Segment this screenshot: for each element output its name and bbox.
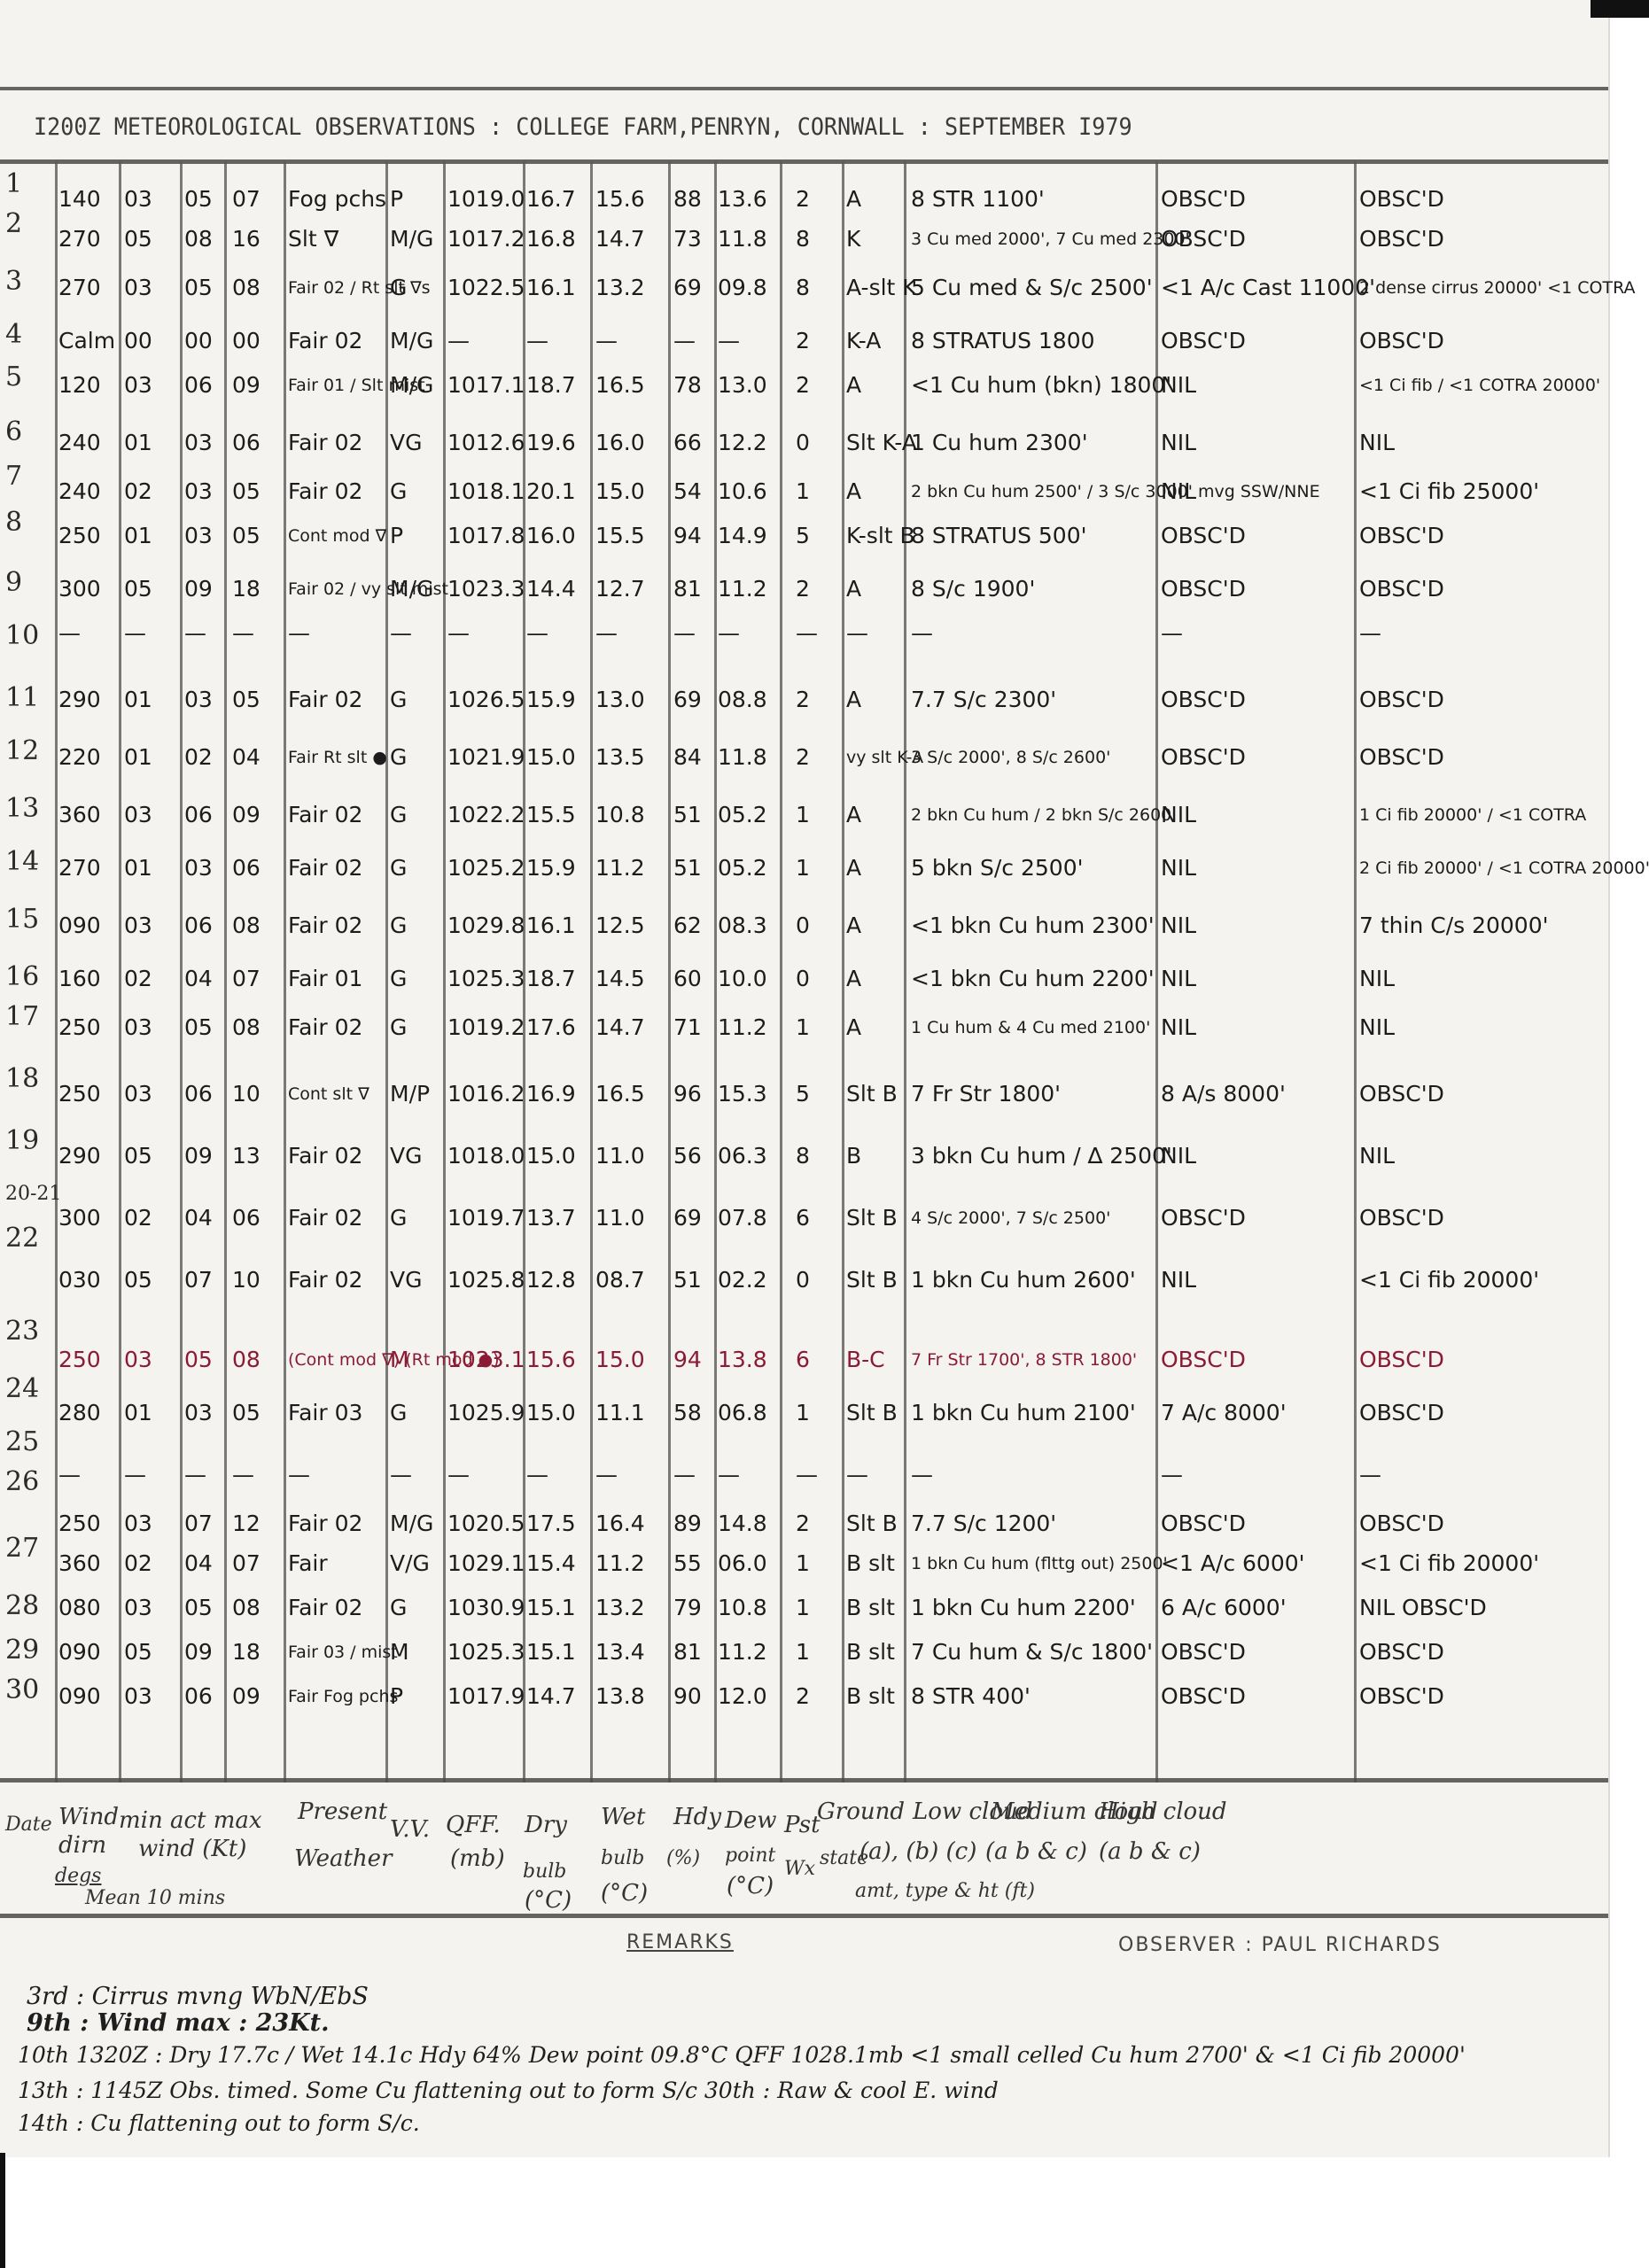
wind-act-cell: — xyxy=(184,1457,206,1493)
visibility-cell: G xyxy=(390,850,407,886)
dry-bulb-cell: 15.0 xyxy=(526,1395,576,1431)
wet-bulb-cell: 08.7 xyxy=(595,1262,645,1298)
table-row: 250030508Fair 02G1019.217.614.77111.21A1… xyxy=(0,1010,1608,1045)
date-label: 24 xyxy=(5,1373,39,1404)
medium-cloud-cell: <1 A/c 6000' xyxy=(1161,1546,1305,1581)
table-row: 120030609Fair 01 / Slt mistM/G1017.118.7… xyxy=(0,368,1608,403)
wind-max-cell: — xyxy=(232,1457,254,1493)
humidity-cell: 66 xyxy=(673,425,702,461)
medium-cloud-cell: OBSC'D xyxy=(1161,221,1246,257)
dew-point-cell: 12.2 xyxy=(718,425,767,461)
wind-act-cell: 05 xyxy=(184,182,213,217)
wet-bulb-cell: 16.0 xyxy=(595,425,645,461)
wind-direction-cell: 250 xyxy=(58,1506,101,1542)
dew-point-cell: 08.3 xyxy=(718,908,767,944)
humidity-cell: 56 xyxy=(673,1138,702,1174)
wet-bulb-cell: 16.5 xyxy=(595,1076,645,1112)
high-cloud-cell: <1 Ci fib 20000' xyxy=(1359,1546,1539,1581)
wind-min-cell: 02 xyxy=(124,474,152,509)
date-label: 16 xyxy=(5,961,39,992)
wind-min-cell: 05 xyxy=(124,221,152,257)
qff-cell: — xyxy=(447,616,470,651)
past-weather-cell: 1 xyxy=(796,1590,810,1626)
visibility-cell: G xyxy=(390,682,407,718)
ground-state-cell: Slt B xyxy=(846,1200,898,1236)
low-cloud-cell: <1 bkn Cu hum 2200' xyxy=(911,961,1155,997)
medium-cloud-cell: NIL xyxy=(1161,908,1196,944)
wet-bulb-cell: 13.5 xyxy=(595,740,645,775)
medium-cloud-cell: OBSC'D xyxy=(1161,518,1246,554)
wind-max-cell: 18 xyxy=(232,571,261,607)
visibility-cell: G xyxy=(390,1010,407,1045)
qff-cell: 1025.8 xyxy=(447,1262,525,1298)
wind-min-cell: 01 xyxy=(124,682,152,718)
wind-max-cell: 07 xyxy=(232,182,261,217)
dew-point-cell: 10.8 xyxy=(718,1590,767,1626)
wind-direction-cell: 270 xyxy=(58,221,101,257)
table-row: 090030608Fair 02G1029.816.112.56208.30A<… xyxy=(0,908,1608,944)
present-weather-cell: Fair 02 xyxy=(288,323,362,359)
visibility-cell: M xyxy=(390,1342,409,1378)
present-weather-cell: — xyxy=(288,616,310,651)
low-cloud-cell: 7 Fr Str 1800' xyxy=(911,1076,1061,1112)
wind-direction-cell: 300 xyxy=(58,571,101,607)
wind-max-cell: 04 xyxy=(232,740,261,775)
humidity-cell: 51 xyxy=(673,1262,702,1298)
wind-min-cell: — xyxy=(124,616,146,651)
date-label: 2 xyxy=(5,208,22,239)
qff-cell: 1029.1 xyxy=(447,1546,525,1581)
dew-point-cell: 09.8 xyxy=(718,270,767,306)
wind-direction-cell: — xyxy=(58,1457,81,1493)
low-cloud-cell: <1 Cu hum (bkn) 1800' xyxy=(911,368,1171,403)
present-weather-cell: Cont slt ∇ xyxy=(288,1076,369,1112)
qff-cell: 1019.0 xyxy=(447,182,525,217)
low-cloud-cell: 3 S/c 2000', 8 S/c 2600' xyxy=(911,740,1110,775)
wind-min-cell: 03 xyxy=(124,1679,152,1714)
humidity-cell: 79 xyxy=(673,1590,702,1626)
humidity-cell: 54 xyxy=(673,474,702,509)
wind-min-cell: 03 xyxy=(124,368,152,403)
ground-state-cell: B-C xyxy=(846,1342,885,1378)
past-weather-cell: 2 xyxy=(796,368,810,403)
visibility-cell: VG xyxy=(390,1262,422,1298)
header-vv: V.V. xyxy=(390,1816,430,1843)
low-cloud-cell: 5 bkn S/c 2500' xyxy=(911,850,1083,886)
dew-point-cell: — xyxy=(718,616,740,651)
past-weather-cell: 1 xyxy=(796,1546,810,1581)
visibility-cell: G xyxy=(390,270,407,306)
wet-bulb-cell: 15.5 xyxy=(595,518,645,554)
dew-point-cell: 11.2 xyxy=(718,1635,767,1670)
visibility-cell: G xyxy=(390,1590,407,1626)
low-cloud-cell: 5 Cu med & S/c 2500' xyxy=(911,270,1153,306)
present-weather-cell: Fair 03 / mist xyxy=(288,1635,398,1670)
high-cloud-cell: NIL xyxy=(1359,1010,1395,1045)
visibility-cell: G xyxy=(390,797,407,833)
medium-cloud-cell: — xyxy=(1161,616,1183,651)
wet-bulb-cell: 11.2 xyxy=(595,1546,645,1581)
header-dirn: dirn xyxy=(58,1832,106,1859)
visibility-cell: VG xyxy=(390,1138,422,1174)
medium-cloud-cell: NIL xyxy=(1161,368,1196,403)
dew-point-cell: 13.0 xyxy=(718,368,767,403)
dew-point-cell: 06.0 xyxy=(718,1546,767,1581)
header-wx: Wx xyxy=(784,1856,815,1883)
dry-bulb-cell: 17.5 xyxy=(526,1506,576,1542)
humidity-cell: 88 xyxy=(673,182,702,217)
wet-bulb-cell: 11.2 xyxy=(595,850,645,886)
past-weather-cell: 0 xyxy=(796,908,810,944)
medium-cloud-cell: OBSC'D xyxy=(1161,1635,1246,1670)
ground-state-cell: Slt B xyxy=(846,1395,898,1431)
wet-bulb-cell: 15.0 xyxy=(595,474,645,509)
wind-direction-cell: 090 xyxy=(58,908,101,944)
dew-point-cell: 07.8 xyxy=(718,1200,767,1236)
past-weather-cell: 1 xyxy=(796,1635,810,1670)
humidity-cell: 94 xyxy=(673,1342,702,1378)
visibility-cell: M xyxy=(390,1635,409,1670)
wind-direction-cell: 290 xyxy=(58,1138,101,1174)
qff-cell: 1018.0 xyxy=(447,1138,525,1174)
header-pst: Pst xyxy=(784,1812,821,1838)
present-weather-cell: Fair 02 xyxy=(288,425,362,461)
medium-cloud-cell: NIL xyxy=(1161,1010,1196,1045)
high-cloud-cell: NIL OBSC'D xyxy=(1359,1590,1487,1626)
ground-state-cell: A xyxy=(846,368,861,403)
ground-state-cell: A xyxy=(846,961,861,997)
low-cloud-cell: 7.7 S/c 2300' xyxy=(911,682,1056,718)
wind-act-cell: 03 xyxy=(184,474,213,509)
wet-bulb-cell: 16.4 xyxy=(595,1506,645,1542)
table-row: 290050913Fair 02VG1018.015.011.05606.38B… xyxy=(0,1138,1608,1174)
wind-min-cell: 02 xyxy=(124,961,152,997)
low-cloud-cell: 7.7 S/c 1200' xyxy=(911,1506,1056,1542)
medium-cloud-cell: OBSC'D xyxy=(1161,571,1246,607)
medium-cloud-cell: 6 A/c 6000' xyxy=(1161,1590,1287,1626)
date-label: 18 xyxy=(5,1063,39,1094)
wind-min-cell: 02 xyxy=(124,1200,152,1236)
ground-state-cell: A xyxy=(846,850,861,886)
date-label: 5 xyxy=(5,361,22,392)
wet-bulb-cell: 14.7 xyxy=(595,1010,645,1045)
qff-cell: 1016.2 xyxy=(447,1076,525,1112)
wind-max-cell: 06 xyxy=(232,425,261,461)
past-weather-cell: 0 xyxy=(796,961,810,997)
medium-cloud-cell: OBSC'D xyxy=(1161,740,1246,775)
low-cloud-cell: <1 bkn Cu hum 2300' xyxy=(911,908,1155,944)
header-wet-degc: (°C) xyxy=(601,1880,648,1907)
high-cloud-cell: OBSC'D xyxy=(1359,682,1444,718)
header-amt-type-ht: amt, type & ht (ft) xyxy=(855,1878,1035,1905)
ground-state-cell: Slt B xyxy=(846,1076,898,1112)
qff-cell: — xyxy=(447,1457,470,1493)
dry-bulb-cell: 16.8 xyxy=(526,221,576,257)
dry-bulb-cell: 15.1 xyxy=(526,1590,576,1626)
wind-direction-cell: 360 xyxy=(58,1546,101,1581)
humidity-cell: — xyxy=(673,1457,696,1493)
ground-state-cell: K-slt B xyxy=(846,518,915,554)
present-weather-cell: Fair 02 xyxy=(288,1506,362,1542)
wind-min-cell: 03 xyxy=(124,1506,152,1542)
wind-act-cell: 03 xyxy=(184,425,213,461)
humidity-cell: 73 xyxy=(673,221,702,257)
ground-state-cell: A xyxy=(846,682,861,718)
low-cloud-cell: 8 STR 1100' xyxy=(911,182,1045,217)
wind-max-cell: 08 xyxy=(232,1342,261,1378)
wind-direction-cell: 080 xyxy=(58,1590,101,1626)
dry-bulb-cell: — xyxy=(526,323,548,359)
qff-cell: 1026.5 xyxy=(447,682,525,718)
medium-cloud-cell: OBSC'D xyxy=(1161,323,1246,359)
medium-cloud-cell: NIL xyxy=(1161,474,1196,509)
humidity-cell: — xyxy=(673,323,696,359)
high-cloud-cell: OBSC'D xyxy=(1359,182,1444,217)
dew-point-cell: 11.2 xyxy=(718,1010,767,1045)
humidity-cell: 62 xyxy=(673,908,702,944)
page-title: I200Z METEOROLOGICAL OBSERVATIONS : COLL… xyxy=(34,113,1287,141)
table-row: 280010305Fair 03G1025.915.011.15806.81Sl… xyxy=(0,1395,1608,1431)
wind-min-cell: 03 xyxy=(124,1010,152,1045)
high-cloud-cell: OBSC'D xyxy=(1359,323,1444,359)
wind-direction-cell: 090 xyxy=(58,1635,101,1670)
present-weather-cell: — xyxy=(288,1457,310,1493)
present-weather-cell: Fair 02 xyxy=(288,1200,362,1236)
high-cloud-cell: 2 Ci fib 20000' / <1 COTRA 20000' xyxy=(1359,850,1649,886)
present-weather-cell: Fog pchs xyxy=(288,182,386,217)
table-row: 140030507Fog pchsP1019.016.715.68813.62A… xyxy=(0,182,1608,217)
qff-cell: 1029.8 xyxy=(447,908,525,944)
visibility-cell: G xyxy=(390,740,407,775)
header-ground: Ground xyxy=(817,1798,905,1825)
qff-cell: 1012.6 xyxy=(447,425,525,461)
wet-bulb-cell: 13.4 xyxy=(595,1635,645,1670)
wind-direction-cell: 120 xyxy=(58,368,101,403)
ground-state-cell: — xyxy=(846,1457,868,1493)
qff-cell: 1025.3 xyxy=(447,1635,525,1670)
high-cloud-cell: OBSC'D xyxy=(1359,1076,1444,1112)
wind-max-cell: 07 xyxy=(232,1546,261,1581)
medium-cloud-cell: OBSC'D xyxy=(1161,1200,1246,1236)
date-label: 29 xyxy=(5,1635,39,1666)
ground-state-cell: A xyxy=(846,908,861,944)
visibility-cell: VG xyxy=(390,425,422,461)
wind-direction-cell: 290 xyxy=(58,682,101,718)
date-label: 25 xyxy=(5,1426,39,1457)
present-weather-cell: Fair Rt slt ● xyxy=(288,740,387,775)
past-weather-cell: 6 xyxy=(796,1342,810,1378)
past-weather-cell: 1 xyxy=(796,850,810,886)
past-weather-cell: 5 xyxy=(796,518,810,554)
qff-cell: 1022.5 xyxy=(447,270,525,306)
medium-cloud-cell: NIL xyxy=(1161,1138,1196,1174)
wind-act-cell: 08 xyxy=(184,221,213,257)
date-label: 12 xyxy=(5,735,39,766)
dry-bulb-cell: 15.1 xyxy=(526,1635,576,1670)
remark-line: 14th : Cu flattening out to form S/c. xyxy=(18,2110,420,2136)
medium-cloud-cell: OBSC'D xyxy=(1161,1506,1246,1542)
dry-bulb-cell: — xyxy=(526,616,548,651)
present-weather-cell: Fair 02 xyxy=(288,474,362,509)
wet-bulb-cell: 14.5 xyxy=(595,961,645,997)
ground-state-cell: A xyxy=(846,797,861,833)
wind-min-cell: 01 xyxy=(124,425,152,461)
wind-act-cell: 07 xyxy=(184,1506,213,1542)
low-cloud-cell: 8 S/c 1900' xyxy=(911,571,1035,607)
header-hdy-pct: (%) xyxy=(666,1845,700,1872)
past-weather-cell: 1 xyxy=(796,797,810,833)
humidity-cell: 96 xyxy=(673,1076,702,1112)
wind-max-cell: 18 xyxy=(232,1635,261,1670)
wet-bulb-cell: 15.6 xyxy=(595,182,645,217)
dry-bulb-cell: 16.0 xyxy=(526,518,576,554)
date-label: 9 xyxy=(5,567,22,598)
wind-direction-cell: 270 xyxy=(58,850,101,886)
present-weather-cell: Cont mod ∇ xyxy=(288,518,386,554)
high-cloud-cell: — xyxy=(1359,1457,1381,1493)
high-cloud-cell: <1 Ci fib / <1 COTRA 20000' xyxy=(1359,368,1600,403)
header-dry-bulb: bulb xyxy=(523,1859,566,1885)
wind-min-cell: 03 xyxy=(124,1076,152,1112)
past-weather-cell: 2 xyxy=(796,740,810,775)
wind-min-cell: 03 xyxy=(124,1590,152,1626)
wet-bulb-cell: — xyxy=(595,1457,618,1493)
visibility-cell: G xyxy=(390,908,407,944)
past-weather-cell: 8 xyxy=(796,1138,810,1174)
visibility-cell: G xyxy=(390,474,407,509)
ground-state-cell: Slt K-A xyxy=(846,425,917,461)
dew-point-cell: 06.8 xyxy=(718,1395,767,1431)
past-weather-cell: 0 xyxy=(796,1262,810,1298)
wind-max-cell: 09 xyxy=(232,368,261,403)
visibility-cell: M/G xyxy=(390,1506,433,1542)
date-label: 19 xyxy=(5,1125,39,1156)
header-dry-degc: (°C) xyxy=(525,1887,572,1914)
wind-min-cell: 01 xyxy=(124,518,152,554)
dew-point-cell: 13.8 xyxy=(718,1342,767,1378)
humidity-cell: 78 xyxy=(673,368,702,403)
past-weather-cell: — xyxy=(796,1457,818,1493)
dry-bulb-cell: 15.6 xyxy=(526,1342,576,1378)
qff-cell: 1023.3 xyxy=(447,571,525,607)
table-row: 080030508Fair 02G1030.915.113.27910.81B … xyxy=(0,1590,1608,1626)
wet-bulb-cell: 11.0 xyxy=(595,1138,645,1174)
header-qff: QFF. xyxy=(446,1812,501,1838)
wind-min-cell: 03 xyxy=(124,1342,152,1378)
present-weather-cell: Fair 02 / Rt slt ∇s xyxy=(288,270,431,306)
low-cloud-cell: 7 Cu hum & S/c 1800' xyxy=(911,1635,1153,1670)
present-weather-cell: Fair Fog pchs xyxy=(288,1679,398,1714)
wind-direction-cell: Calm xyxy=(58,323,115,359)
present-weather-cell: Fair 02 xyxy=(288,797,362,833)
low-cloud-cell: 4 S/c 2000', 7 S/c 2500' xyxy=(911,1200,1110,1236)
qff-cell: 1025.9 xyxy=(447,1395,525,1431)
high-cloud-cell: 2 dense cirrus 20000' <1 COTRA xyxy=(1359,270,1636,306)
visibility-cell: G xyxy=(390,1200,407,1236)
header-wind-kt: wind (Kt) xyxy=(138,1836,246,1862)
header-wind: Wind xyxy=(58,1804,119,1830)
header-date: Date xyxy=(5,1812,52,1838)
wet-bulb-cell: 13.2 xyxy=(595,1590,645,1626)
wind-max-cell: 08 xyxy=(232,1010,261,1045)
dry-bulb-cell: 20.1 xyxy=(526,474,576,509)
ground-state-cell: B slt xyxy=(846,1679,895,1714)
dew-point-cell: 10.0 xyxy=(718,961,767,997)
dry-bulb-cell: 16.1 xyxy=(526,270,576,306)
wet-bulb-cell: 13.0 xyxy=(595,682,645,718)
wind-direction-cell: 250 xyxy=(58,1010,101,1045)
low-cloud-cell: 7 Fr Str 1700', 8 STR 1800' xyxy=(911,1342,1137,1378)
date-label: 26 xyxy=(5,1466,39,1497)
dry-bulb-cell: 16.9 xyxy=(526,1076,576,1112)
table-row: 220010204Fair Rt slt ●G1021.915.013.5841… xyxy=(0,740,1608,775)
dew-point-cell: 08.8 xyxy=(718,682,767,718)
date-label: 20-21 xyxy=(5,1183,61,1205)
humidity-cell: 51 xyxy=(673,797,702,833)
visibility-cell: M/G xyxy=(390,368,433,403)
wind-max-cell: 13 xyxy=(232,1138,261,1174)
wind-act-cell: 04 xyxy=(184,961,213,997)
wet-bulb-cell: 15.0 xyxy=(595,1342,645,1378)
dry-bulb-cell: 16.1 xyxy=(526,908,576,944)
table-row: 300050918Fair 02 / vy slt mistM/G1023.31… xyxy=(0,571,1608,607)
visibility-cell: V/G xyxy=(390,1546,430,1581)
wind-min-cell: 00 xyxy=(124,323,152,359)
wind-min-cell: 05 xyxy=(124,571,152,607)
high-cloud-cell: NIL xyxy=(1359,425,1395,461)
wind-max-cell: 10 xyxy=(232,1262,261,1298)
wind-direction-cell: 250 xyxy=(58,1076,101,1112)
present-weather-cell: Fair 02 xyxy=(288,1262,362,1298)
wind-max-cell: 12 xyxy=(232,1506,261,1542)
visibility-cell: M/G xyxy=(390,571,433,607)
qff-cell: 1017.2 xyxy=(447,221,525,257)
low-cloud-cell: 1 Cu hum & 4 Cu med 2100' xyxy=(911,1010,1150,1045)
wind-direction-cell: — xyxy=(58,616,81,651)
wind-act-cell: 06 xyxy=(184,368,213,403)
header-high-abc: (a b & c) xyxy=(1099,1838,1201,1865)
high-cloud-cell: NIL xyxy=(1359,1138,1395,1174)
humidity-cell: 81 xyxy=(673,571,702,607)
observation-sheet: I200Z METEOROLOGICAL OBSERVATIONS : COLL… xyxy=(0,0,1610,2157)
remark-line: 10th 1320Z : Dry 17.7c / Wet 14.1c Hdy 6… xyxy=(18,2042,1466,2068)
dew-point-cell: 14.9 xyxy=(718,518,767,554)
table-row: 160020407Fair 01G1025.318.714.56010.00A<… xyxy=(0,961,1608,997)
date-label: 10 xyxy=(5,620,39,651)
high-cloud-cell: OBSC'D xyxy=(1359,1395,1444,1431)
wind-direction-cell: 030 xyxy=(58,1262,101,1298)
wind-min-cell: 05 xyxy=(124,1635,152,1670)
ground-state-cell: A xyxy=(846,1010,861,1045)
table-row: 360020407FairV/G1029.115.411.25506.01B s… xyxy=(0,1546,1608,1581)
top-rule xyxy=(0,87,1608,90)
key-bottom-rule xyxy=(0,1914,1608,1918)
present-weather-cell: Fair xyxy=(288,1546,328,1581)
header-high-cloud: High cloud xyxy=(1099,1798,1227,1825)
low-cloud-cell: 1 Cu hum 2300' xyxy=(911,425,1088,461)
past-weather-cell: — xyxy=(796,616,818,651)
wind-min-cell: 03 xyxy=(124,182,152,217)
table-row: 250030712Fair 02M/G1020.517.516.48914.82… xyxy=(0,1506,1608,1542)
ground-state-cell: K-A xyxy=(846,323,881,359)
dry-bulb-cell: 15.4 xyxy=(526,1546,576,1581)
medium-cloud-cell: OBSC'D xyxy=(1161,1679,1246,1714)
qff-cell: 1020.5 xyxy=(447,1506,525,1542)
ground-state-cell: B xyxy=(846,1138,861,1174)
table-bottom-rule xyxy=(0,1778,1608,1783)
wind-min-cell: 01 xyxy=(124,740,152,775)
past-weather-cell: 1 xyxy=(796,1010,810,1045)
